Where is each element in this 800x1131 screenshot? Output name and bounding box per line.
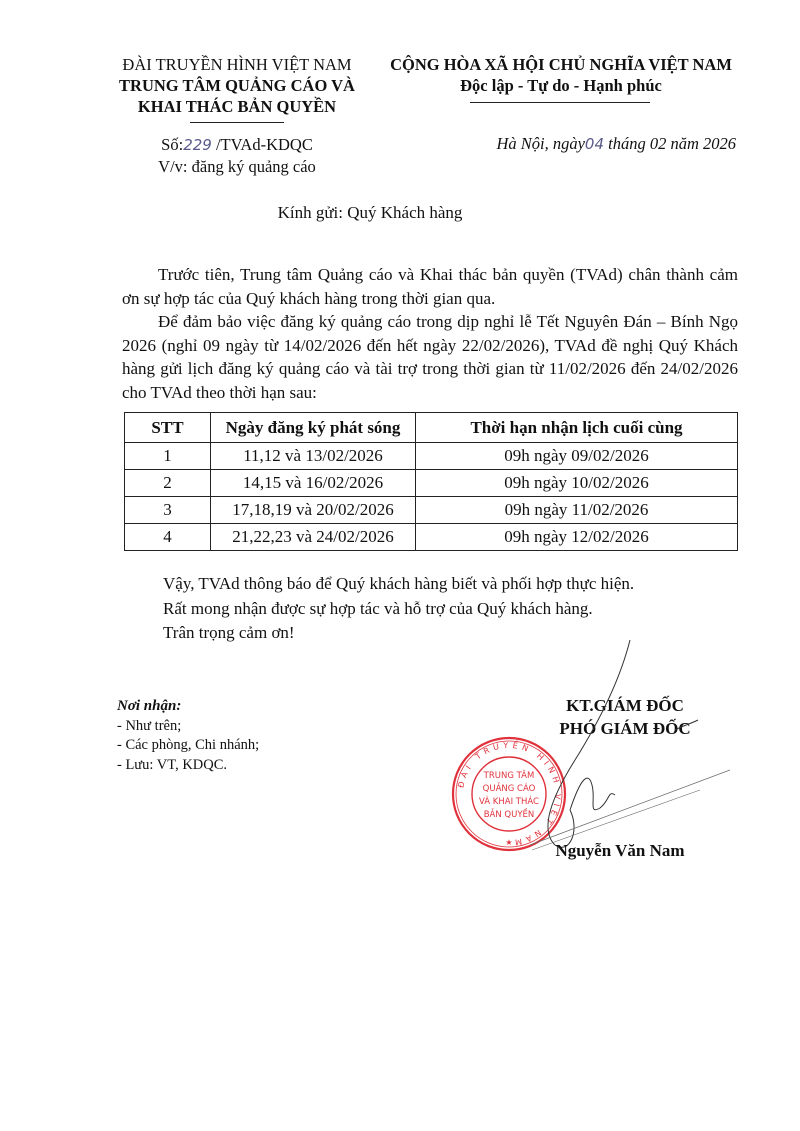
salutation: Kính gửi: Quý Khách hàng bbox=[120, 203, 620, 223]
cell-broadcast-dates: 11,12 và 13/02/2026 bbox=[211, 443, 416, 470]
document-date: Hà Nội, ngày04 tháng 02 năm 2026 bbox=[380, 134, 736, 154]
svg-text:QUẢNG CÁO: QUẢNG CÁO bbox=[483, 782, 536, 794]
signatory-title-1: KT.GIÁM ĐỐC bbox=[480, 694, 770, 717]
org-name-line2: KHAI THÁC BẢN QUYỀN bbox=[102, 96, 372, 117]
motto: Độc lập - Tự do - Hạnh phúc bbox=[372, 75, 750, 96]
svg-text:TRUNG TÂM: TRUNG TÂM bbox=[483, 769, 535, 781]
table-row: 4 21,22,23 và 24/02/2026 09h ngày 12/02/… bbox=[125, 524, 738, 551]
body-paragraph-2: Để đảm bảo việc đăng ký quảng cáo trong … bbox=[122, 310, 738, 404]
schedule-table: STT Ngày đăng ký phát sóng Thời hạn nhận… bbox=[124, 412, 738, 551]
cell-broadcast-dates: 21,22,23 và 24/02/2026 bbox=[211, 524, 416, 551]
cell-stt: 3 bbox=[125, 497, 211, 524]
cell-stt: 1 bbox=[125, 443, 211, 470]
table-row: 2 14,15 và 16/02/2026 09h ngày 10/02/202… bbox=[125, 470, 738, 497]
document-number: Số:229 /TVAd-KDQC bbox=[102, 134, 372, 156]
cell-broadcast-dates: 17,18,19 và 20/02/2026 bbox=[211, 497, 416, 524]
right-header-divider bbox=[470, 102, 650, 103]
subject-line: V/v: đăng ký quảng cáo bbox=[102, 156, 372, 178]
issuing-organization: ĐÀI TRUYỀN HÌNH VIỆT NAM TRUNG TÂM QUẢNG… bbox=[102, 54, 372, 117]
handwritten-day: 04 bbox=[585, 135, 604, 153]
recipients-block: Nơi nhận: - Như trên; - Các phòng, Chi n… bbox=[117, 697, 367, 775]
recipient-item: - Như trên; bbox=[117, 717, 367, 737]
left-header-divider bbox=[190, 122, 284, 123]
recipient-item: - Lưu: VT, KDQC. bbox=[117, 756, 367, 776]
letter-body: Trước tiên, Trung tâm Quảng cáo và Khai … bbox=[122, 263, 738, 404]
closing-line-3: Trân trọng cảm ơn! bbox=[163, 621, 743, 646]
closing-line-1: Vậy, TVAd thông báo để Quý khách hàng bi… bbox=[163, 572, 743, 597]
recipients-title: Nơi nhận: bbox=[117, 697, 367, 717]
table-row: 1 11,12 và 13/02/2026 09h ngày 09/02/202… bbox=[125, 443, 738, 470]
cell-deadline: 09h ngày 12/02/2026 bbox=[416, 524, 738, 551]
document-reference: Số:229 /TVAd-KDQC V/v: đăng ký quảng cáo bbox=[102, 134, 372, 178]
signer-name: Nguyễn Văn Nam bbox=[470, 841, 770, 861]
closing-remarks: Vậy, TVAd thông báo để Quý khách hàng bi… bbox=[163, 572, 743, 646]
svg-text:BẢN QUYỀN: BẢN QUYỀN bbox=[484, 807, 535, 820]
national-header: CỘNG HÒA XÃ HỘI CHỦ NGHĨA VIỆT NAM Độc l… bbox=[372, 54, 750, 96]
handwritten-number: 229 bbox=[183, 136, 212, 154]
body-paragraph-1: Trước tiên, Trung tâm Quảng cáo và Khai … bbox=[122, 263, 738, 310]
cell-stt: 4 bbox=[125, 524, 211, 551]
parent-org: ĐÀI TRUYỀN HÌNH VIỆT NAM bbox=[102, 54, 372, 75]
closing-line-2: Rất mong nhận được sự hợp tác và hỗ trợ … bbox=[163, 597, 743, 622]
cell-deadline: 09h ngày 09/02/2026 bbox=[416, 443, 738, 470]
table-row: 3 17,18,19 và 20/02/2026 09h ngày 11/02/… bbox=[125, 497, 738, 524]
recipient-item: - Các phòng, Chi nhánh; bbox=[117, 736, 367, 756]
official-stamp-icon: ĐÀI TRUYỀN HÌNH VIỆT NAM TRUNG TÂM QUẢNG… bbox=[450, 735, 568, 853]
header-stt: STT bbox=[125, 413, 211, 443]
svg-text:VÀ KHAI THÁC: VÀ KHAI THÁC bbox=[479, 795, 539, 807]
cell-deadline: 09h ngày 11/02/2026 bbox=[416, 497, 738, 524]
header-broadcast-dates: Ngày đăng ký phát sóng bbox=[211, 413, 416, 443]
org-name-line1: TRUNG TÂM QUẢNG CÁO VÀ bbox=[102, 75, 372, 96]
header-deadline: Thời hạn nhận lịch cuối cùng bbox=[416, 413, 738, 443]
cell-broadcast-dates: 14,15 và 16/02/2026 bbox=[211, 470, 416, 497]
cell-stt: 2 bbox=[125, 470, 211, 497]
table-header-row: STT Ngày đăng ký phát sóng Thời hạn nhận… bbox=[125, 413, 738, 443]
signatory-titles: KT.GIÁM ĐỐC PHÓ GIÁM ĐỐC bbox=[480, 694, 770, 740]
nation-title: CỘNG HÒA XÃ HỘI CHỦ NGHĨA VIỆT NAM bbox=[372, 54, 750, 75]
cell-deadline: 09h ngày 10/02/2026 bbox=[416, 470, 738, 497]
